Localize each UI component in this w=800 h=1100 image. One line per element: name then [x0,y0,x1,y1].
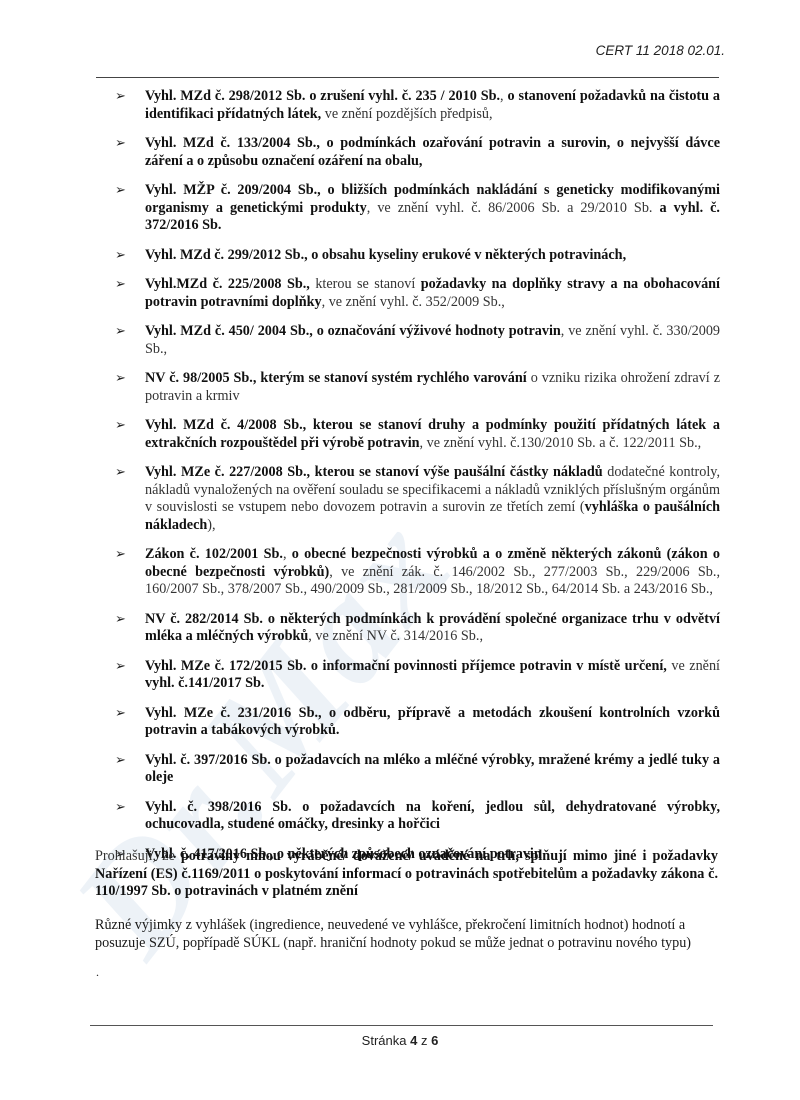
bold-text: potraviny mnou vyráběné/ dovážené/ uvádě… [95,848,718,899]
bold-text: Vyhl. MZd č. 299/2012 Sb., o obsahu kyse… [145,247,626,263]
arrow-bullet-icon: ➢ [115,247,126,265]
regular-text: Prohlašuji, že [95,848,181,864]
arrow-bullet-icon: ➢ [115,464,126,482]
regular-text: , ve znění vyhl. č. 352/2009 Sb., [322,294,505,310]
arrow-bullet-icon: ➢ [115,182,126,200]
list-item-text: Vyhl. MZd č. 4/2008 Sb., kterou se stano… [145,417,720,451]
list-item: ➢NV č. 282/2014 Sb. o některých podmínká… [115,611,720,646]
list-item: ➢Vyhl. č. 398/2016 Sb. o požadavcích na … [115,799,720,834]
list-item-text: Vyhl. č. 397/2016 Sb. o požadavcích na m… [145,752,720,786]
bold-text: Vyhl.MZd č. 225/2008 Sb., [145,276,310,292]
bold-text: Vyhl. č. 398/2016 Sb. o požadavcích na k… [145,799,720,833]
arrow-bullet-icon: ➢ [115,323,126,341]
arrow-bullet-icon: ➢ [115,276,126,294]
bold-text: Zákon č. 102/2001 Sb. [145,546,283,562]
regulations-list: ➢Vyhl. MZd č. 298/2012 Sb. o zrušení vyh… [115,88,720,875]
list-item: ➢Vyhl. MZd č. 450/ 2004 Sb., o označován… [115,323,720,358]
bold-text: Vyhl. MZd č. 133/2004 Sb., o podmínkách … [145,135,720,169]
arrow-bullet-icon: ➢ [115,705,126,723]
arrow-bullet-icon: ➢ [115,752,126,770]
list-item-text: Vyhl. MZd č. 133/2004 Sb., o podmínkách … [145,135,720,169]
declaration-paragraph: Prohlašuji, že potraviny mnou vyráběné/ … [95,848,718,901]
list-item-text: Vyhl. č. 398/2016 Sb. o požadavcích na k… [145,799,720,833]
list-item: ➢Vyhl.MZd č. 225/2008 Sb., kterou se sta… [115,276,720,311]
exceptions-note: Různé výjimky z vyhlášek (ingredience, n… [95,917,718,952]
list-item-text: Vyhl. MZd č. 450/ 2004 Sb., o označování… [145,323,720,357]
footer-divider [90,1025,713,1026]
list-item-text: Vyhl. MZe č. 227/2008 Sb., kterou se sta… [145,464,720,533]
list-item: ➢Vyhl. MZe č. 231/2016 Sb., o odběru, př… [115,705,720,740]
current-page: 4 [410,1033,417,1048]
list-item: ➢Vyhl. MZd č. 298/2012 Sb. o zrušení vyh… [115,88,720,123]
list-item: ➢Vyhl. č. 397/2016 Sb. o požadavcích na … [115,752,720,787]
list-item-text: Vyhl.MZd č. 225/2008 Sb., kterou se stan… [145,276,720,310]
list-item: ➢Vyhl. MŽP č. 209/2004 Sb., o bližších p… [115,182,720,235]
list-item: ➢Vyhl. MZd č. 299/2012 Sb., o obsahu kys… [115,247,720,265]
arrow-bullet-icon: ➢ [115,546,126,564]
list-item: ➢Vyhl. MZe č. 227/2008 Sb., kterou se st… [115,464,720,534]
bold-text: Vyhl. MZe č. 227/2008 Sb., kterou se sta… [145,464,603,480]
list-item-text: Vyhl. MZd č. 299/2012 Sb., o obsahu kyse… [145,247,626,263]
regular-text: kterou se stanoví [310,276,421,292]
regular-text: ve znění [667,658,720,674]
list-item-text: Vyhl. MZe č. 231/2016 Sb., o odběru, pří… [145,705,720,739]
list-item: ➢Vyhl. MZe č. 172/2015 Sb. o informační … [115,658,720,693]
bold-text: Vyhl. MZd č. 298/2012 Sb. o zrušení vyhl… [145,88,500,104]
regular-text: ve znění pozdějších předpisů, [321,106,492,122]
page-label: Stránka [362,1033,407,1048]
regular-text: , ve znění NV č. 314/2016 Sb., [308,628,483,644]
page-separator: z [421,1033,428,1048]
arrow-bullet-icon: ➢ [115,88,126,106]
bold-text: vyhl. č.141/2017 Sb. [145,675,264,691]
regular-text: , ve znění vyhl. č.130/2010 Sb. a č. 122… [420,435,702,451]
list-item-text: NV č. 282/2014 Sb. o některých podmínkác… [145,611,720,645]
document-code: CERT 11 2018 02.01. [596,43,725,58]
bold-text: Vyhl. MZd č. 450/ 2004 Sb., o označování… [145,323,561,339]
regular-text: ), [207,517,215,533]
arrow-bullet-icon: ➢ [115,658,126,676]
arrow-bullet-icon: ➢ [115,135,126,153]
bold-text: NV č. 98/2005 Sb., kterým se stanoví sys… [145,370,527,386]
regular-text: , [283,546,292,562]
regular-text: , ve znění vyhl. č. 86/2006 Sb. a 29/201… [367,200,660,216]
list-item: ➢NV č. 98/2005 Sb., kterým se stanoví sy… [115,370,720,405]
list-item-text: Vyhl. MZe č. 172/2015 Sb. o informační p… [145,658,720,692]
list-item-text: NV č. 98/2005 Sb., kterým se stanoví sys… [145,370,720,404]
list-item: ➢Vyhl. MZd č. 133/2004 Sb., o podmínkách… [115,135,720,170]
arrow-bullet-icon: ➢ [115,417,126,435]
header-divider [96,77,719,78]
total-pages: 6 [431,1033,438,1048]
list-item: ➢Vyhl. MZd č. 4/2008 Sb., kterou se stan… [115,417,720,452]
page-footer: Stránka 4 z 6 [0,1033,800,1048]
arrow-bullet-icon: ➢ [115,799,126,817]
arrow-bullet-icon: ➢ [115,370,126,388]
list-item: ➢Zákon č. 102/2001 Sb., o obecné bezpečn… [115,546,720,599]
arrow-bullet-icon: ➢ [115,611,126,629]
bold-text: Vyhl. č. 397/2016 Sb. o požadavcích na m… [145,752,720,786]
bold-text: Vyhl. MZe č. 172/2015 Sb. o informační p… [145,658,667,674]
bold-text: Vyhl. MZe č. 231/2016 Sb., o odběru, pří… [145,705,720,739]
list-item-text: Vyhl. MZd č. 298/2012 Sb. o zrušení vyhl… [145,88,720,122]
stray-mark: . [96,965,99,980]
list-item-text: Zákon č. 102/2001 Sb., o obecné bezpečno… [145,546,720,597]
list-item-text: Vyhl. MŽP č. 209/2004 Sb., o bližších po… [145,182,720,233]
